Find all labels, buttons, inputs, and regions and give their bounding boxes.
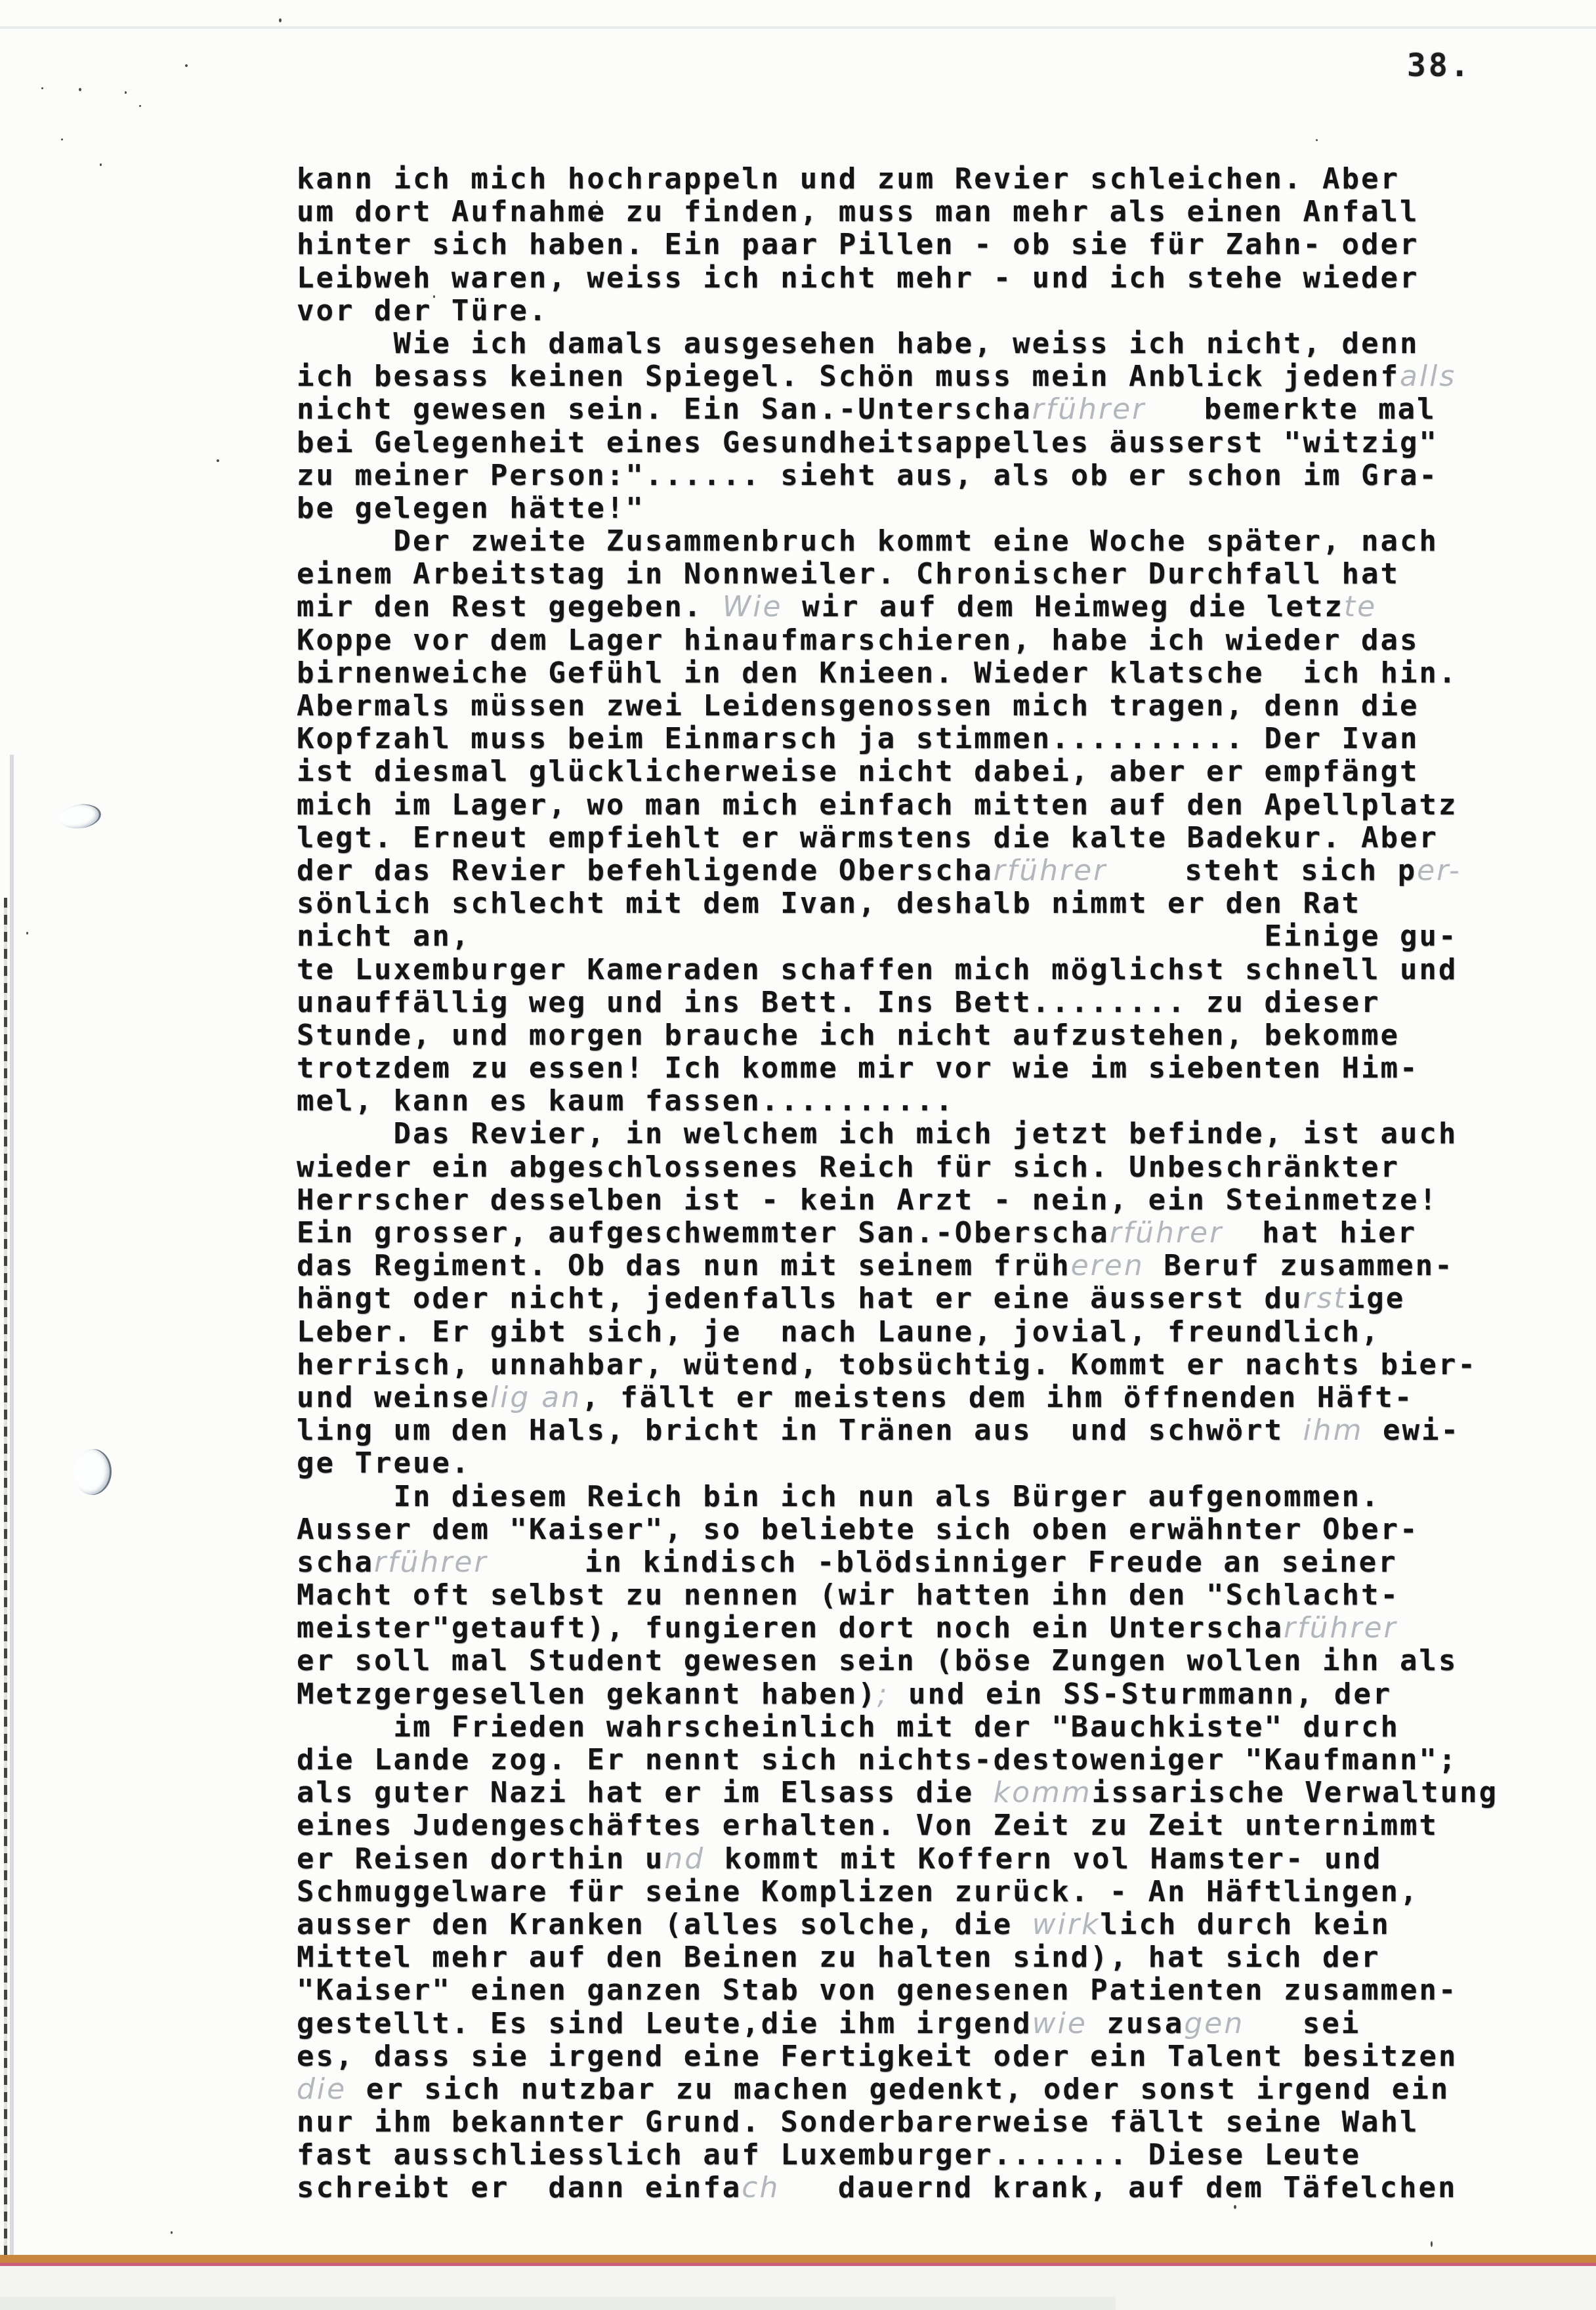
typed-segment: wieder ein abgeschlossenes Reich für sic…	[297, 1150, 1400, 1184]
typed-segment: bei Gelegenheit eines Gesundheitsappelle…	[297, 426, 1438, 459]
scan-speck	[594, 215, 597, 220]
text-line: zu meiner Person:"...... sieht aus, als …	[297, 459, 1498, 492]
typed-segment: zu meiner Person:"...... sieht aus, als …	[297, 459, 1438, 492]
typed-segment: nicht an,	[297, 919, 471, 953]
handwritten-faded-segment: rst	[1303, 1282, 1347, 1315]
typed-segment: eines Judengeschäftes erhalten. Von Zeit…	[297, 1809, 1438, 1842]
handwritten-faded-segment: ;	[877, 1677, 889, 1711]
typed-segment: in kindisch -blödsinniger Freude an sein…	[488, 1545, 1398, 1579]
typed-segment: nicht gewesen sein. Ein San.-Unterscha	[297, 392, 1032, 426]
typed-segment: Leibweh waren, weiss ich nicht mehr - un…	[297, 261, 1419, 295]
handwritten-faded-segment: wie	[1032, 2007, 1087, 2040]
scan-speck	[1431, 2241, 1433, 2247]
typed-segment: hat hier	[1223, 1216, 1417, 1249]
handwritten-faded-segment: komm	[994, 1776, 1092, 1809]
scan-speck	[433, 295, 435, 298]
typed-segment: es, dass sie irgend eine Fertigkeit oder…	[297, 2040, 1458, 2073]
text-line: er Reisen dorthin und kommt mit Koffern …	[297, 1843, 1498, 1876]
scan-speck	[79, 88, 81, 91]
text-line: schreibt er dann einfach dauernd krank, …	[297, 2172, 1498, 2204]
text-line: vor der Türe.	[297, 295, 1498, 327]
text-line: trotzdem zu essen! Ich komme mir vor wie…	[297, 1052, 1498, 1085]
text-line: ge Treue.	[297, 1447, 1498, 1480]
typed-segment: "Kaiser" einen ganzen Stab von genesenen…	[297, 1973, 1458, 2007]
typed-segment: issarische Verwaltung	[1092, 1776, 1498, 1809]
text-line: bei Gelegenheit eines Gesundheitsappelle…	[297, 427, 1498, 459]
handwritten-faded-segment: er-	[1417, 854, 1461, 887]
text-line: unauffällig weg und ins Bett. Ins Bett..…	[297, 986, 1498, 1019]
handwritten-faded-segment: ch	[742, 2171, 780, 2204]
text-line: sönlich schlecht mit dem Ivan, deshalb n…	[297, 887, 1498, 920]
typed-segment: als guter Nazi hat er im Elsass die	[297, 1776, 994, 1809]
typed-segment: die Lande zog. Er nennt sich nichts-dest…	[297, 1743, 1458, 1776]
text-line: als guter Nazi hat er im Elsass die komm…	[297, 1776, 1498, 1809]
text-line: Leibweh waren, weiss ich nicht mehr - un…	[297, 262, 1498, 295]
text-line: nicht an, Einige gu-	[297, 920, 1498, 953]
text-line: das Regiment. Ob das nun mit seinem früh…	[297, 1249, 1498, 1282]
typed-segment: meister"getauft), fungieren dort noch ei…	[297, 1611, 1284, 1645]
typed-segment: trotzdem zu essen! Ich komme mir vor wie…	[297, 1051, 1419, 1085]
handwritten-faded-segment: die	[297, 2072, 346, 2106]
text-line: Leber. Er gibt sich, je nach Laune, jovi…	[297, 1316, 1498, 1349]
scan-speck	[171, 2231, 173, 2234]
typed-segment: einem Arbeitstag in Nonnweiler. Chronisc…	[297, 557, 1400, 591]
typed-segment: mel, kann es kaum fassen..........	[297, 1084, 955, 1118]
typed-segment: Schmuggelware für seine Komplizen zurück…	[297, 1875, 1419, 1908]
punch-hole-bottom	[72, 1448, 113, 1496]
typed-segment: kann ich mich hochrappeln und zum Revier…	[297, 162, 1400, 196]
typed-segment: unauffällig weg und ins Bett. Ins Bett..…	[297, 986, 1380, 1019]
punch-hole-top	[58, 802, 102, 831]
text-line: kann ich mich hochrappeln und zum Revier…	[297, 163, 1498, 196]
typed-segment: birnenweiche Gefühl in den Knieen. Wiede…	[297, 656, 1458, 690]
typed-segment: herrisch, unnahbar, wütend, tobsüchtig. …	[297, 1348, 1477, 1381]
text-line: Metzgergesellen gekannt haben); und ein …	[297, 1678, 1498, 1711]
typed-segment: Mittel mehr auf den Beinen zu halten sin…	[297, 1941, 1380, 1974]
typed-segment: kommt mit Koffern vol Hamster- und	[705, 1842, 1382, 1876]
scan-speck	[1234, 2205, 1236, 2209]
handwritten-faded-segment: wirk	[1032, 1908, 1101, 1941]
typed-segment: sönlich schlecht mit dem Ivan, deshalb n…	[297, 887, 1361, 920]
text-line: scharführer in kindisch -blödsinniger Fr…	[297, 1546, 1498, 1579]
typed-segment: hinter sich haben. Ein paar Pillen - ob …	[297, 228, 1419, 261]
text-line: und weinselig an, fällt er meistens dem …	[297, 1381, 1498, 1414]
text-line: Das Revier, in welchem ich mich jetzt be…	[297, 1118, 1498, 1150]
text-line: um dort Aufnahme zu finden, muss man meh…	[297, 196, 1498, 228]
typed-segment: Kopfzahl muss beim Einmarsch ja stimmen.…	[297, 722, 1419, 755]
typewritten-text: kann ich mich hochrappeln und zum Revier…	[297, 163, 1498, 2205]
text-line: eines Judengeschäftes erhalten. Von Zeit…	[297, 1809, 1498, 1842]
text-line: Mittel mehr auf den Beinen zu halten sin…	[297, 1941, 1498, 1974]
handwritten-faded-segment: gen	[1184, 2007, 1244, 2040]
handwritten-faded-segment: eren	[1071, 1249, 1144, 1282]
typed-segment: Ausser dem "Kaiser", so beliebte sich ob…	[297, 1513, 1419, 1546]
text-line: Schmuggelware für seine Komplizen zurück…	[297, 1876, 1498, 1908]
text-line: er soll mal Student gewesen sein (böse Z…	[297, 1645, 1498, 1677]
typed-segment: sei	[1244, 2007, 1360, 2040]
typed-segment: ige	[1347, 1282, 1405, 1315]
scan-bottom-shadow-wedge	[0, 2297, 1116, 2310]
typed-segment: te Luxemburger Kameraden schaffen mich m…	[297, 953, 1458, 986]
typed-segment: mir den Rest gegeben.	[297, 590, 723, 623]
text-line: hinter sich haben. Ein paar Pillen - ob …	[297, 228, 1498, 261]
typed-segment: zusa	[1087, 2007, 1184, 2040]
typed-segment: , fällt er meistens dem ihm öffnenden Hä…	[581, 1381, 1414, 1414]
typed-segment: Der zweite Zusammenbruch kommt eine Woch…	[297, 524, 1438, 558]
text-line: wieder ein abgeschlossenes Reich für sic…	[297, 1151, 1498, 1184]
scan-speck	[26, 932, 28, 934]
page-number: 38.	[1407, 47, 1472, 84]
typed-segment	[471, 919, 1264, 953]
text-line: Wie ich damals ausgesehen habe, weiss ic…	[297, 327, 1498, 360]
handwritten-faded-segment: rführer	[1032, 392, 1146, 426]
typed-segment: und ein SS-Sturmmann, der	[889, 1677, 1393, 1711]
typed-segment: Koppe vor dem Lager hinaufmarschieren, h…	[297, 623, 1419, 657]
text-line: Abermals müssen zwei Leidensgenossen mic…	[297, 690, 1498, 723]
text-line: Der zweite Zusammenbruch kommt eine Woch…	[297, 525, 1498, 558]
text-line: einem Arbeitstag in Nonnweiler. Chronisc…	[297, 558, 1498, 591]
scan-left-edge-line	[10, 755, 14, 2310]
typed-segment: hängt oder nicht, jedenfalls hat er eine…	[297, 1282, 1303, 1315]
text-line: hängt oder nicht, jedenfalls hat er eine…	[297, 1282, 1498, 1315]
handwritten-faded-segment: rführer	[994, 854, 1108, 887]
text-line: mel, kann es kaum fassen..........	[297, 1085, 1498, 1118]
handwritten-faded-segment: te	[1344, 590, 1377, 623]
scan-bottom-orange-band	[0, 2255, 1596, 2263]
scan-speck	[1316, 139, 1318, 141]
typed-segment: ich besass keinen Spiegel. Schön muss me…	[297, 360, 1400, 393]
text-line: es, dass sie irgend eine Fertigkeit oder…	[297, 2040, 1498, 2073]
typed-segment: Leber. Er gibt sich, je nach Laune, jovi…	[297, 1315, 1380, 1349]
scan-speck	[41, 87, 43, 89]
text-line: Herrscher desselben ist - kein Arzt - ne…	[297, 1184, 1498, 1217]
text-line: te Luxemburger Kameraden schaffen mich m…	[297, 954, 1498, 986]
text-line: meister"getauft), fungieren dort noch ei…	[297, 1612, 1498, 1645]
text-line: fast ausschliesslich auf Luxemburger....…	[297, 2139, 1498, 2172]
text-line: herrisch, unnahbar, wütend, tobsüchtig. …	[297, 1349, 1498, 1381]
scan-speck	[125, 91, 127, 94]
text-line: Ein grosser, aufgeschwemmter San.-Obersc…	[297, 1217, 1498, 1249]
typed-segment: be gelegen hätte!"	[297, 492, 645, 525]
typed-segment: Einige gu-	[1265, 919, 1458, 953]
typed-segment: scha	[297, 1545, 374, 1579]
typed-segment: Beruf zusammen-	[1144, 1249, 1454, 1282]
typed-segment: Herrscher desselben ist - kein Arzt - ne…	[297, 1183, 1438, 1217]
handwritten-faded-segment: rführer	[374, 1545, 488, 1579]
handwritten-faded-segment: alls	[1400, 360, 1456, 393]
typed-segment: ausser den Kranken (alles solche, die	[297, 1908, 1032, 1941]
scan-top-edge-line	[0, 26, 1596, 29]
typed-segment: der das Revier befehligende Oberscha	[297, 854, 994, 887]
typed-segment: In diesem Reich bin ich nun als Bürger a…	[297, 1480, 1380, 1513]
typed-segment: wir auf dem Heimweg die letz	[783, 590, 1344, 623]
typed-segment: gestellt. Es sind Leute,die ihm irgend	[297, 2007, 1032, 2040]
typed-segment: um dort Aufnahme zu finden, muss man meh…	[297, 195, 1419, 228]
text-line: ist diesmal glücklicherweise nicht dabei…	[297, 755, 1498, 788]
text-line: mir den Rest gegeben. Wie wir auf dem He…	[297, 591, 1498, 623]
typed-segment: bemerkte mal	[1146, 392, 1436, 426]
typed-segment: steht sich p	[1107, 854, 1417, 887]
text-line: im Frieden wahrscheinlich mit der "Bauch…	[297, 1711, 1498, 1744]
typed-segment: ist diesmal glücklicherweise nicht dabei…	[297, 755, 1419, 788]
scan-speck	[100, 163, 102, 166]
text-line: Macht oft selbst zu nennen (wir hatten i…	[297, 1579, 1498, 1612]
text-line: be gelegen hätte!"	[297, 492, 1498, 525]
typed-segment: fast ausschliesslich auf Luxemburger....…	[297, 2138, 1361, 2172]
typed-segment: das Regiment. Ob das nun mit seinem früh	[297, 1249, 1071, 1282]
typed-segment: er soll mal Student gewesen sein (böse Z…	[297, 1644, 1458, 1677]
text-line: nicht gewesen sein. Ein San.-Unterscharf…	[297, 393, 1498, 426]
scan-speck	[596, 200, 598, 203]
typed-segment: nur ihm bekannter Grund. Sonderbarerweis…	[297, 2105, 1419, 2139]
typed-segment: dauernd krank, auf dem Täfelchen	[780, 2171, 1457, 2204]
text-line: Ausser dem "Kaiser", so beliebte sich ob…	[297, 1513, 1498, 1546]
handwritten-faded-segment: nd	[664, 1842, 705, 1876]
scan-speck	[217, 459, 219, 462]
handwritten-faded-segment: Wie	[723, 590, 783, 623]
handwritten-faded-segment: rführer	[1110, 1216, 1224, 1249]
text-line: Koppe vor dem Lager hinaufmarschieren, h…	[297, 624, 1498, 657]
text-line: In diesem Reich bin ich nun als Bürger a…	[297, 1480, 1498, 1513]
typed-segment: Macht oft selbst zu nennen (wir hatten i…	[297, 1578, 1400, 1612]
typed-segment: ge Treue.	[297, 1446, 471, 1480]
scan-speck	[185, 64, 188, 67]
typed-segment: Ein grosser, aufgeschwemmter San.-Obersc…	[297, 1216, 1110, 1249]
typed-segment: vor der Türe.	[297, 294, 548, 327]
typed-segment: Metzgergesellen gekannt haben)	[297, 1677, 877, 1711]
typed-segment: Stunde, und morgen brauche ich nicht auf…	[297, 1018, 1400, 1052]
text-line: legt. Erneut empfiehlt er wärmstens die …	[297, 822, 1498, 854]
text-line: ausser den Kranken (alles solche, die wi…	[297, 1908, 1498, 1941]
typed-segment: mich im Lager, wo man mich einfach mitte…	[297, 788, 1458, 822]
typed-segment: Abermals müssen zwei Leidensgenossen mic…	[297, 689, 1419, 723]
typed-segment: legt. Erneut empfiehlt er wärmstens die …	[297, 821, 1438, 854]
handwritten-faded-segment: rführer	[1284, 1611, 1398, 1645]
text-line: mich im Lager, wo man mich einfach mitte…	[297, 789, 1498, 822]
text-line: Kopfzahl muss beim Einmarsch ja stimmen.…	[297, 723, 1498, 755]
typed-segment: er Reisen dorthin u	[297, 1842, 664, 1876]
text-line: birnenweiche Gefühl in den Knieen. Wiede…	[297, 657, 1498, 690]
text-line: gestellt. Es sind Leute,die ihm irgendwi…	[297, 2007, 1498, 2040]
text-line: ich besass keinen Spiegel. Schön muss me…	[297, 360, 1498, 393]
text-line: "Kaiser" einen ganzen Stab von genesenen…	[297, 1974, 1498, 2007]
typed-segment: ewi-	[1363, 1414, 1459, 1447]
text-line: nur ihm bekannter Grund. Sonderbarerweis…	[297, 2106, 1498, 2139]
typed-segment: lich durch kein	[1100, 1908, 1390, 1941]
typed-segment: er sich nutzbar zu machen gedenkt, oder …	[346, 2072, 1450, 2106]
handwritten-faded-segment: ihm	[1303, 1414, 1364, 1447]
text-line: der das Revier befehligende Oberscharfüh…	[297, 854, 1498, 887]
text-line: ling um den Hals, bricht in Tränen aus u…	[297, 1414, 1498, 1447]
typed-segment: Das Revier, in welchem ich mich jetzt be…	[297, 1117, 1458, 1150]
typed-segment: ling um den Hals, bricht in Tränen aus u…	[297, 1414, 1303, 1447]
scan-left-dashed-line	[4, 898, 7, 2276]
typed-segment: und weinse	[297, 1381, 490, 1414]
text-line: Stunde, und morgen brauche ich nicht auf…	[297, 1019, 1498, 1052]
typed-segment: im Frieden wahrscheinlich mit der "Bauch…	[297, 1710, 1400, 1744]
scan-speck	[61, 138, 63, 140]
text-line: die Lande zog. Er nennt sich nichts-dest…	[297, 1744, 1498, 1776]
typed-segment: Wie ich damals ausgesehen habe, weiss ic…	[297, 327, 1419, 360]
document-page: 38. kann ich mich hochrappeln und zum Re…	[0, 0, 1596, 2310]
scan-speck	[279, 18, 282, 22]
handwritten-faded-segment: lig an	[490, 1381, 581, 1414]
typed-segment: schreibt er dann einfa	[297, 2171, 742, 2204]
text-line: die er sich nutzbar zu machen gedenkt, o…	[297, 2073, 1498, 2106]
scan-speck	[139, 105, 141, 107]
